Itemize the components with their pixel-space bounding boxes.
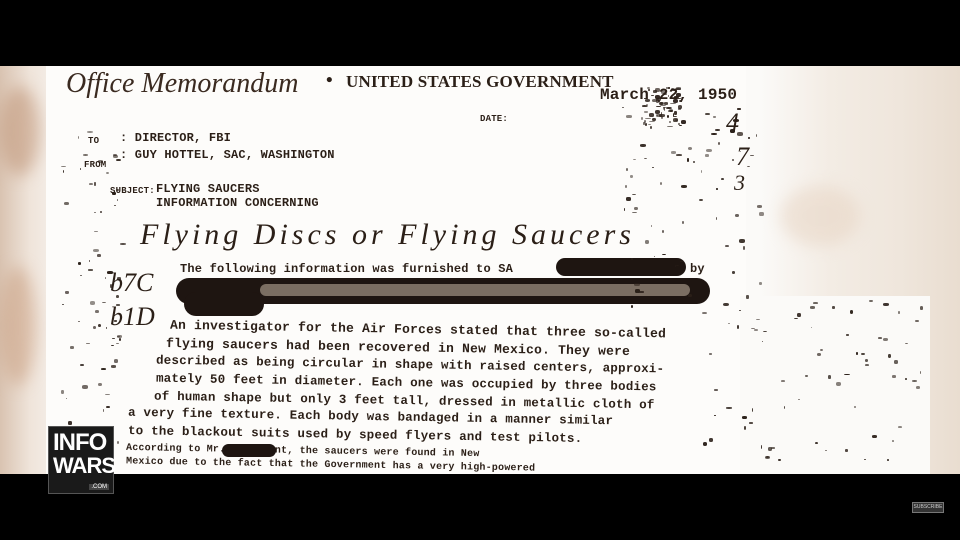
background-stain [0,86,40,176]
letterbox-top [0,0,960,66]
handwritten-margin-1: b7C [110,268,153,298]
to-label: TO [88,136,99,146]
to-value: : DIRECTOR, FBI [120,131,231,145]
handwritten-right-3: 3 [734,170,745,196]
video-frame[interactable]: Office Memorandum • UNITED STATES GOVERN… [0,66,960,474]
from-value: : GUY HOTTEL, SAC, WASHINGTON [120,148,335,162]
handwritten-title: Flying Discs or Flying Saucers [140,218,635,252]
handwritten-margin-2: b1D [110,302,155,332]
redaction-bar-texture [260,284,690,296]
subject-line-1: FLYING SAUCERS [156,182,260,196]
memo-header-typed: UNITED STATES GOVERNMENT [346,72,614,92]
body-intro-end: by [690,262,705,276]
background-stain [0,266,36,386]
infowars-logo: INFO WARS .COM [48,426,114,494]
background-stain [780,186,860,246]
logo-line-1: INFO [53,431,106,455]
letterbox-bottom [0,474,960,540]
handwritten-right-2: 7 [736,142,749,172]
redaction-bar [184,292,264,316]
memo-header-script: Office Memorandum [66,68,299,100]
subject-line-2: INFORMATION CONCERNING [156,196,319,210]
from-label: FROM [84,160,106,170]
redaction-bar [222,444,276,457]
redaction-bar [556,258,686,276]
subject-label: SUBJECT: [110,186,155,196]
subscribe-button[interactable]: SUBSCRIBE [912,502,944,513]
logo-suffix: .COM [89,484,109,490]
date-label: DATE: [480,114,508,124]
memo-header-bullet: • [326,70,333,92]
body-intro: The following information was furnished … [180,262,513,276]
logo-line-2: WARS [53,455,115,477]
